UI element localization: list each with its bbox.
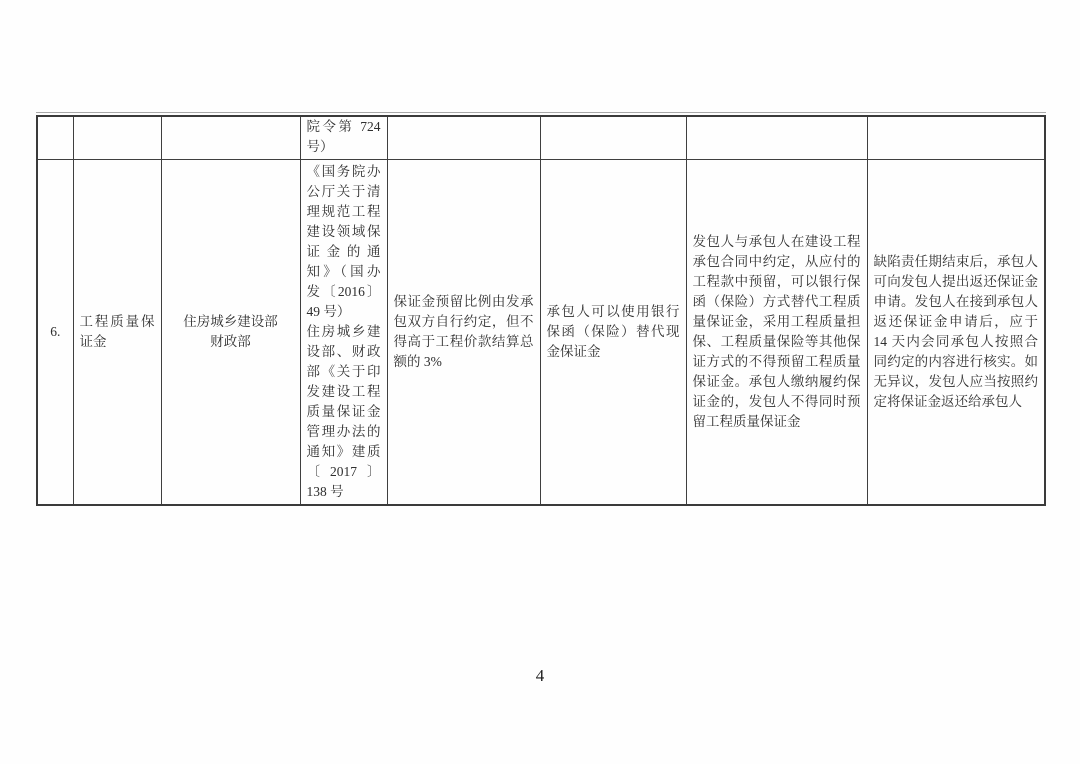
- table-row-item-6: 6. 工程质量保证金 住房城乡建设部 财政部 《国务院办公厅关于清理规范工程建设…: [37, 160, 1045, 506]
- cell-no-empty: [37, 116, 73, 160]
- table-top-scan-line: [36, 112, 1046, 113]
- cell-legal-basis-continued: 院令第 724 号）: [300, 116, 387, 160]
- page-number: 4: [0, 666, 1080, 686]
- cell-ratio-rule: 保证金预留比例由发承包双方自行约定，但不得高于工程价款结算总额的 3%: [387, 160, 540, 506]
- cell-retention-empty: [686, 116, 867, 160]
- deposit-rules-table: 院令第 724 号） 6. 工程质量保证金 住房城乡建设部 财政部 《国务院办公…: [36, 115, 1046, 506]
- cell-item-name: 工程质量保证金: [73, 160, 161, 506]
- cell-substitute-empty: [540, 116, 686, 160]
- cell-refund-empty: [867, 116, 1045, 160]
- cell-ratio-empty: [387, 116, 540, 160]
- table-row-carryover: 院令第 724 号）: [37, 116, 1045, 160]
- document-page: 院令第 724 号） 6. 工程质量保证金 住房城乡建设部 财政部 《国务院办公…: [0, 0, 1080, 764]
- cell-legal-basis: 《国务院办公厅关于清理规范工程建设领域保证金的通知》（国办发〔2016〕49 号…: [300, 160, 387, 506]
- cell-authority-empty: [161, 116, 300, 160]
- cell-row-number: 6.: [37, 160, 73, 506]
- cell-authority: 住房城乡建设部 财政部: [161, 160, 300, 506]
- cell-retention-rule: 发包人与承包人在建设工程承包合同中约定，从应付的工程款中预留，可以银行保函（保险…: [686, 160, 867, 506]
- cell-substitute-rule: 承包人可以使用银行保函（保险）替代现金保证金: [540, 160, 686, 506]
- cell-item-empty: [73, 116, 161, 160]
- cell-refund-rule: 缺陷责任期结束后，承包人可向发包人提出返还保证金申请。发包人在接到承包人返还保证…: [867, 160, 1045, 506]
